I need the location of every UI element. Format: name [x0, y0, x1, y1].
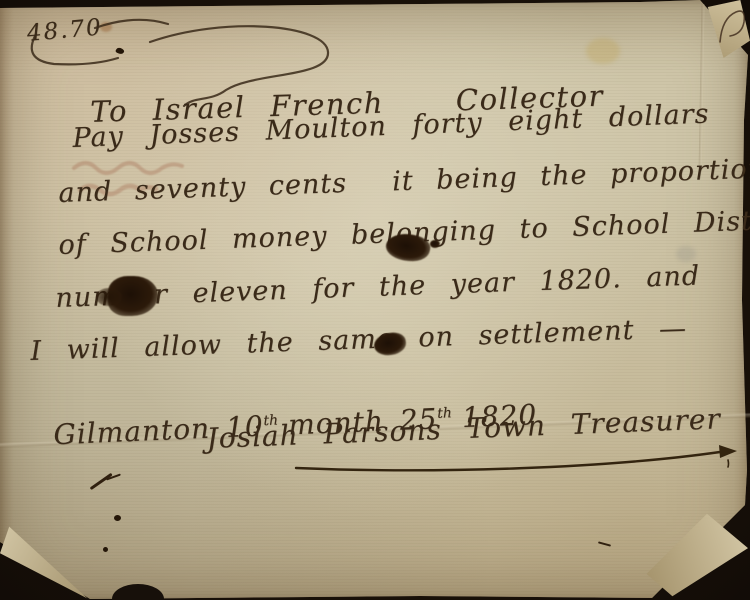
- ink-blot: [430, 240, 440, 248]
- corner-pen-squiggle: [714, 6, 748, 54]
- paper-stain: [676, 246, 696, 262]
- signature-flourish-arrow: [288, 438, 743, 472]
- scanned-document-scene: 48.70 To Israel FrenchCollector Pay Joss…: [0, 0, 750, 600]
- ink-speck: [114, 515, 121, 521]
- dateline-place: Gilmanton: [53, 412, 211, 452]
- ink-speck: [103, 547, 108, 552]
